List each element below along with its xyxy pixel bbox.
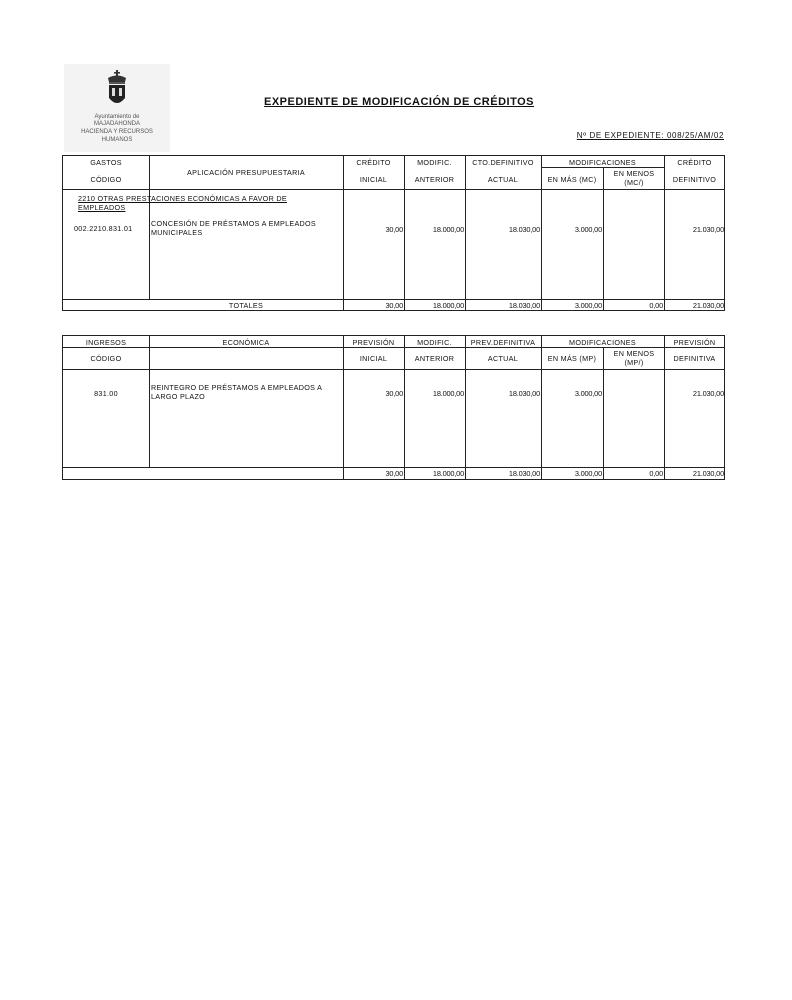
header-modific: MODIFIC. bbox=[404, 158, 465, 167]
row-codigo: 002.2210.831.01 bbox=[74, 225, 149, 234]
header-prevision-def: PREVISIÓN bbox=[664, 338, 725, 347]
total-en-mas: 3.000,00 bbox=[541, 301, 602, 310]
total-en-menos: 0,00 bbox=[603, 301, 663, 310]
header-inicial: INICIAL bbox=[343, 175, 404, 184]
total-actual: 18.030,00 bbox=[465, 301, 540, 310]
header-actual: ACTUAL bbox=[465, 354, 541, 363]
row-inicial: 30,00 bbox=[343, 389, 403, 398]
document-title: EXPEDIENTE DE MODIFICACIÓN DE CRÉDITOS bbox=[264, 96, 534, 108]
total-anterior: 18.000,00 bbox=[404, 469, 464, 478]
total-en-menos: 0,00 bbox=[603, 469, 663, 478]
logo-line-1: Ayuntamiento de bbox=[64, 114, 170, 121]
header-economica: ECONÓMICA bbox=[149, 338, 343, 347]
header-codigo: CÓDIGO bbox=[63, 175, 149, 184]
total-actual: 18.030,00 bbox=[465, 469, 540, 478]
header-credito: CRÉDITO bbox=[343, 158, 404, 167]
header-actual: ACTUAL bbox=[465, 175, 541, 184]
total-inicial: 30,00 bbox=[343, 301, 403, 310]
gastos-table: GASTOS CÓDIGO APLICACIÓN PRESUPUESTARIA … bbox=[62, 155, 725, 311]
header-ingresos: INGRESOS bbox=[63, 338, 149, 347]
ingresos-table: INGRESOS CÓDIGO ECONÓMICA PREVISIÓN INIC… bbox=[62, 335, 725, 480]
logo-line-4: HUMANOS bbox=[64, 137, 170, 144]
header-aplicacion: APLICACIÓN PRESUPUESTARIA bbox=[149, 168, 343, 177]
logo-line-3: HACIENDA Y RECURSOS bbox=[64, 129, 170, 136]
header-anterior: ANTERIOR bbox=[404, 175, 465, 184]
header-codigo: CÓDIGO bbox=[63, 354, 149, 363]
header-prevision: PREVISIÓN bbox=[343, 338, 404, 347]
row-descripcion: REINTEGRO DE PRÉSTAMOS A EMPLEADOS A LAR… bbox=[151, 384, 343, 401]
row-descripcion: CONCESIÓN DE PRÉSTAMOS A EMPLEADOS MUNIC… bbox=[151, 220, 341, 237]
header-en-menos: EN MENOS (MP/) bbox=[607, 349, 661, 367]
row-codigo: 831.00 bbox=[63, 389, 149, 398]
header-en-menos: EN MENOS (MC/) bbox=[607, 169, 661, 187]
row-actual: 18.030,00 bbox=[465, 225, 540, 234]
row-en-mas: 3.000,00 bbox=[541, 389, 602, 398]
header-cto-definitivo: CTO.DEFINITIVO bbox=[465, 158, 541, 167]
header-anterior: ANTERIOR bbox=[404, 354, 465, 363]
header-modific: MODIFIC. bbox=[404, 338, 465, 347]
total-definitivo: 21.030,00 bbox=[664, 469, 724, 478]
header-definitivo: DEFINITIVO bbox=[664, 175, 725, 184]
coat-of-arms-icon bbox=[106, 70, 128, 110]
row-definitivo: 21.030,00 bbox=[664, 389, 724, 398]
total-inicial: 30,00 bbox=[343, 469, 403, 478]
municipal-logo: Ayuntamiento de MAJADAHONDA HACIENDA Y R… bbox=[64, 64, 170, 152]
total-anterior: 18.000,00 bbox=[404, 301, 464, 310]
row-inicial: 30,00 bbox=[343, 225, 403, 234]
total-en-mas: 3.000,00 bbox=[541, 469, 602, 478]
row-actual: 18.030,00 bbox=[465, 389, 540, 398]
header-modificaciones: MODIFICACIONES bbox=[541, 158, 664, 167]
header-modificaciones: MODIFICACIONES bbox=[541, 338, 664, 347]
header-prev-definitiva: PREV.DEFINITIVA bbox=[465, 338, 541, 347]
header-en-mas: EN MÁS (MP) bbox=[541, 354, 603, 363]
header-en-mas: EN MÁS (MC) bbox=[541, 175, 603, 184]
header-credito-def: CRÉDITO bbox=[664, 158, 725, 167]
header-gastos: GASTOS bbox=[63, 158, 149, 167]
group-heading: 2210 OTRAS PRESTACIONES ECONÓMICAS A FAV… bbox=[78, 195, 328, 212]
header-definitiva: DEFINITIVA bbox=[664, 354, 725, 363]
row-definitivo: 21.030,00 bbox=[664, 225, 724, 234]
total-definitivo: 21.030,00 bbox=[664, 301, 724, 310]
row-anterior: 18.000,00 bbox=[404, 389, 464, 398]
header-inicial: INICIAL bbox=[343, 354, 404, 363]
expediente-number: Nº DE EXPEDIENTE: 008/25/AM/02 bbox=[577, 131, 724, 140]
logo-line-2: MAJADAHONDA bbox=[64, 121, 170, 128]
row-en-mas: 3.000,00 bbox=[541, 225, 602, 234]
row-anterior: 18.000,00 bbox=[404, 225, 464, 234]
